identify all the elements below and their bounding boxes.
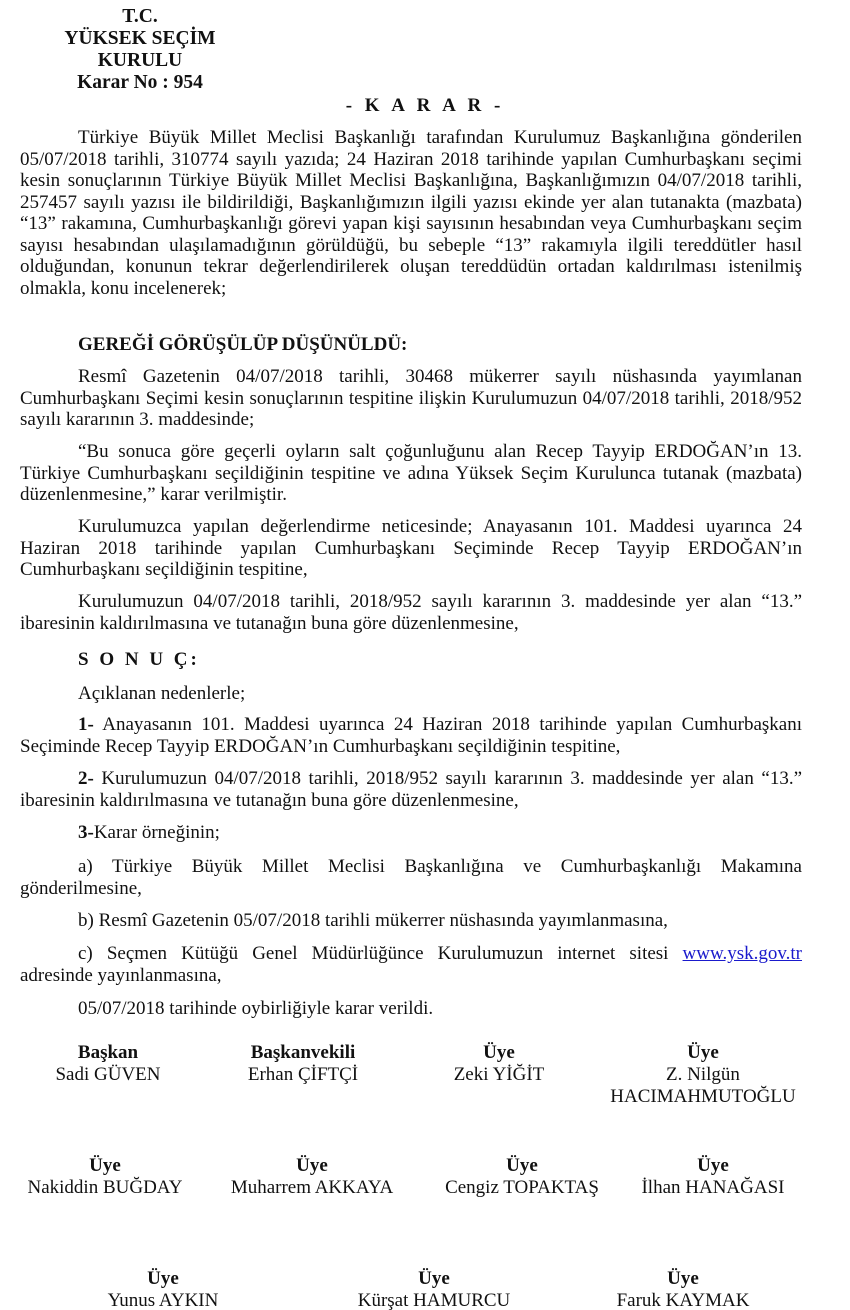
item-b-paragraph: b) Resmî Gazetenin 05/07/2018 tarihli mü…: [20, 910, 802, 932]
quote-paragraph: “Bu sonuca göre geçerli oyların salt çoğ…: [20, 441, 802, 506]
aciklanan-section: Açıklanan nedenlerle;: [20, 683, 802, 705]
item-3-number: 3-: [78, 822, 94, 843]
signature-uye-9: Üye Faruk KAYMAK: [583, 1268, 783, 1310]
signature-uye-8: Üye Kürşat HAMURCU: [334, 1268, 534, 1310]
kaldirilmasi-section: Kurulumuzun 04/07/2018 tarihli, 2018/952…: [20, 591, 802, 634]
signature-baskan: Başkan Sadi GÜVEN: [8, 1042, 208, 1086]
closing-section: 05/07/2018 tarihinde oybirliğiyle karar …: [20, 998, 802, 1020]
item-2-text: Kurulumuzun 04/07/2018 tarihli, 2018/952…: [20, 768, 802, 811]
signature-name: Z. Nilgün: [588, 1064, 818, 1086]
signature-title: Başkanvekili: [203, 1042, 403, 1064]
signature-name: Erhan ÇİFTÇİ: [203, 1064, 403, 1086]
header-institution: YÜKSEK SEÇİM KURULU: [20, 28, 260, 72]
item-3-paragraph: 3-Karar örneğinin;: [20, 822, 802, 844]
signature-title: Üye: [63, 1268, 263, 1290]
item-3-section: 3-Karar örneğinin;: [20, 822, 802, 844]
signature-title: Başkan: [8, 1042, 208, 1064]
item-3-text: Karar örneğinin;: [94, 822, 220, 843]
signature-uye-1: Üye Zeki YİĞİT: [399, 1042, 599, 1086]
kaldirilmasi-paragraph: Kurulumuzun 04/07/2018 tarihli, 2018/952…: [20, 591, 802, 634]
signature-name: Nakiddin BUĞDAY: [5, 1177, 205, 1199]
signature-name: Muharrem AKKAYA: [212, 1177, 412, 1199]
signature-name: Yunus AYKIN: [63, 1290, 263, 1310]
degerlendirme-paragraph: Kurulumuzca yapılan değerlendirme netice…: [20, 516, 802, 581]
resmi-gazete-section: Resmî Gazetenin 04/07/2018 tarihli, 3046…: [20, 366, 802, 431]
intro-paragraph: Türkiye Büyük Millet Meclisi Başkanlığı …: [20, 127, 802, 299]
signature-title: Üye: [588, 1042, 818, 1064]
gerekce-heading-section: GEREĞİ GÖRÜŞÜLÜP DÜŞÜNÜLDÜ:: [20, 334, 802, 356]
item-c-text-before: c) Seçmen Kütüğü Genel Müdürlüğünce Kuru…: [78, 943, 683, 964]
signature-title: Üye: [334, 1268, 534, 1290]
sonuc-heading-section: S O N U Ç:: [20, 649, 802, 671]
ysk-website-link[interactable]: www.ysk.gov.tr: [683, 943, 802, 964]
document-title: - K A R A R -: [0, 95, 850, 117]
signature-uye-4: Üye Muharrem AKKAYA: [212, 1155, 412, 1199]
signature-title: Üye: [399, 1042, 599, 1064]
resmi-gazete-paragraph: Resmî Gazetenin 04/07/2018 tarihli, 3046…: [20, 366, 802, 431]
signature-uye-5: Üye Cengiz TOPAKTAŞ: [422, 1155, 622, 1199]
item-b-section: b) Resmî Gazetenin 05/07/2018 tarihli mü…: [20, 910, 802, 932]
item-a-paragraph: a) Türkiye Büyük Millet Meclisi Başkanlı…: [20, 856, 802, 899]
gerekce-heading: GEREĞİ GÖRÜŞÜLÜP DÜŞÜNÜLDÜ:: [20, 334, 802, 356]
header-decision-number: Karar No : 954: [20, 72, 260, 94]
signature-uye-2: Üye Z. Nilgün HACIMAHMUTOĞLU: [588, 1042, 818, 1108]
item-c-paragraph: c) Seçmen Kütüğü Genel Müdürlüğünce Kuru…: [20, 943, 802, 986]
signature-title: Üye: [212, 1155, 412, 1177]
signature-baskanvekili: Başkanvekili Erhan ÇİFTÇİ: [203, 1042, 403, 1086]
item-1-section: 1- Anayasanın 101. Maddesi uyarınca 24 H…: [20, 714, 802, 757]
signature-uye-6: Üye İlhan HANAĞASI: [613, 1155, 813, 1199]
signature-title: Üye: [613, 1155, 813, 1177]
item-2-section: 2- Kurulumuzun 04/07/2018 tarihli, 2018/…: [20, 768, 802, 811]
signature-name: Faruk KAYMAK: [583, 1290, 783, 1310]
signature-uye-7: Üye Yunus AYKIN: [63, 1268, 263, 1310]
item-c-section: c) Seçmen Kütüğü Genel Müdürlüğünce Kuru…: [20, 943, 802, 986]
signature-title: Üye: [583, 1268, 783, 1290]
signature-name: İlhan HANAĞASI: [613, 1177, 813, 1199]
signature-name: Sadi GÜVEN: [8, 1064, 208, 1086]
signature-name-line2: HACIMAHMUTOĞLU: [588, 1086, 818, 1108]
signature-title: Üye: [5, 1155, 205, 1177]
document-header: T.C. YÜKSEK SEÇİM KURULU Karar No : 954: [20, 6, 260, 94]
item-1-number: 1-: [78, 714, 94, 735]
intro-section: Türkiye Büyük Millet Meclisi Başkanlığı …: [20, 127, 802, 299]
signature-name: Cengiz TOPAKTAŞ: [422, 1177, 622, 1199]
item-1-paragraph: 1- Anayasanın 101. Maddesi uyarınca 24 H…: [20, 714, 802, 757]
signature-title: Üye: [422, 1155, 622, 1177]
aciklanan-paragraph: Açıklanan nedenlerle;: [20, 683, 802, 705]
decision-document: T.C. YÜKSEK SEÇİM KURULU Karar No : 954 …: [0, 0, 850, 1310]
degerlendirme-section: Kurulumuzca yapılan değerlendirme netice…: [20, 516, 802, 581]
signature-name: Kürşat HAMURCU: [334, 1290, 534, 1310]
item-c-text-after: adresinde yayınlanmasına,: [20, 965, 222, 986]
item-1-text: Anayasanın 101. Maddesi uyarınca 24 Hazi…: [20, 714, 802, 757]
signature-uye-3: Üye Nakiddin BUĞDAY: [5, 1155, 205, 1199]
closing-paragraph: 05/07/2018 tarihinde oybirliğiyle karar …: [20, 998, 802, 1020]
header-tc: T.C.: [20, 6, 260, 28]
item-2-paragraph: 2- Kurulumuzun 04/07/2018 tarihli, 2018/…: [20, 768, 802, 811]
signature-name: Zeki YİĞİT: [399, 1064, 599, 1086]
item-2-number: 2-: [78, 768, 94, 789]
quote-section: “Bu sonuca göre geçerli oyların salt çoğ…: [20, 441, 802, 506]
item-a-section: a) Türkiye Büyük Millet Meclisi Başkanlı…: [20, 856, 802, 899]
sonuc-heading: S O N U Ç:: [20, 649, 802, 671]
